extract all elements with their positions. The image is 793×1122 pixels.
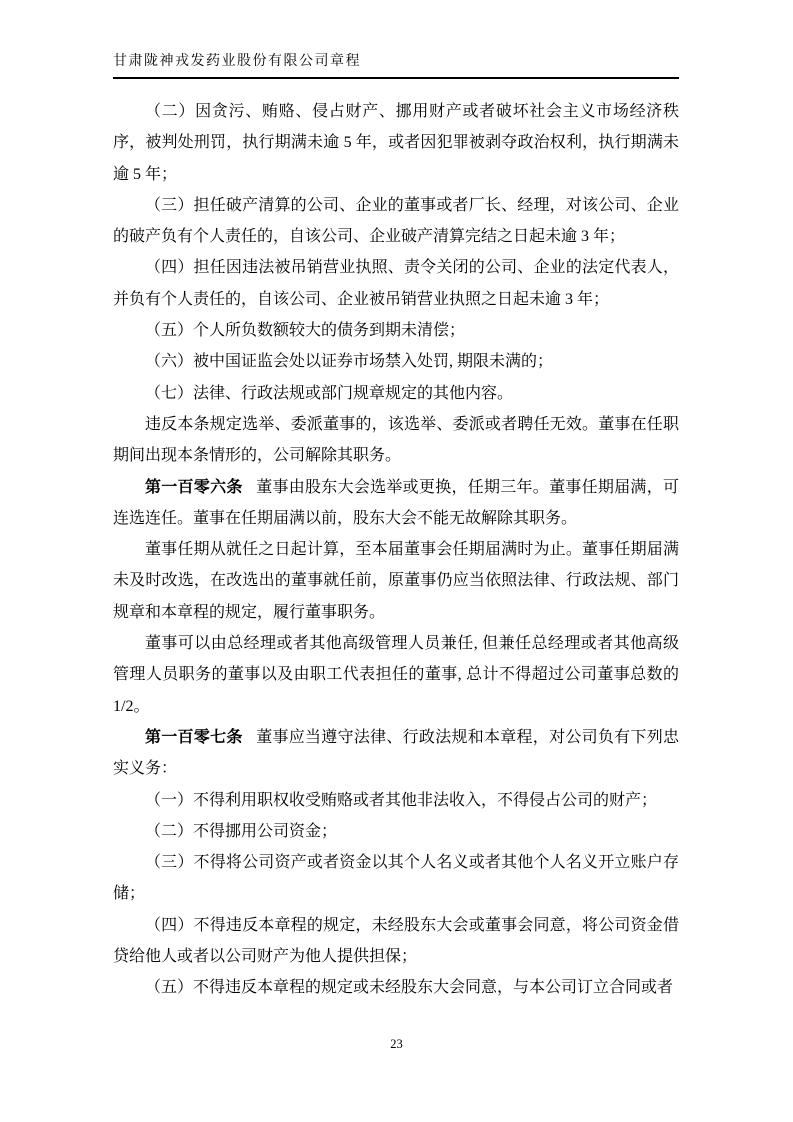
- paragraph-text: （二）因贪污、贿赂、侵占财产、挪用财产或者破坏社会主义市场经济秩序，被判处刑罚，…: [113, 103, 679, 183]
- paragraph: （四）担任因违法被吊销营业执照、责令关闭的公司、企业的法定代表人，并负有个人责任…: [113, 252, 679, 315]
- paragraph: （五）个人所负数额较大的债务到期未清偿；: [113, 315, 679, 346]
- paragraph: 董事任期从就任之日起计算，至本届董事会任期届满时为止。董事任期届满未及时改选，在…: [113, 534, 679, 628]
- paragraph-text: （一）不得利用职权收受贿赂或者其他非法收入，不得侵占公司的财产；: [145, 792, 657, 809]
- paragraph-text: （七）法律、行政法规或部门规章规定的其他内容。: [145, 385, 513, 402]
- paragraph: 第一百零六条董事由股东大会选举或更换，任期三年。董事任期届满，可连选连任。董事在…: [113, 472, 679, 535]
- page-number: 23: [390, 1037, 403, 1051]
- paragraph: （二）因贪污、贿赂、侵占财产、挪用财产或者破坏社会主义市场经济秩序，被判处刑罚，…: [113, 96, 679, 190]
- document-page: 甘肃陇神戎发药业股份有限公司章程 （二）因贪污、贿赂、侵占财产、挪用财产或者破坏…: [0, 0, 793, 1122]
- paragraph: （三）担任破产清算的公司、企业的董事或者厂长、经理，对该公司、企业的破产负有个人…: [113, 190, 679, 253]
- paragraph-text: （四）不得违反本章程的规定，未经股东大会或董事会同意，将公司资金借贷给他人或者以…: [113, 917, 679, 965]
- paragraph: 董事可以由总经理或者其他高级管理人员兼任, 但兼任总经理或者其他高级管理人员职务…: [113, 628, 679, 722]
- document-body: （二）因贪污、贿赂、侵占财产、挪用财产或者破坏社会主义市场经济秩序，被判处刑罚，…: [113, 96, 679, 1004]
- paragraph-text: （三）不得将公司资产或者资金以其个人名义或者其他个人名义开立账户存储；: [113, 854, 679, 902]
- paragraph-text: 违反本条规定选举、委派董事的，该选举、委派或者聘任无效。董事在任职期间出现本条情…: [113, 416, 679, 464]
- page-footer: 23: [0, 1037, 793, 1052]
- page-header: 甘肃陇神戎发药业股份有限公司章程: [113, 50, 679, 79]
- paragraph: 第一百零七条董事应当遵守法律、行政法规和本章程，对公司负有下列忠实义务：: [113, 722, 679, 785]
- paragraph: （五）不得违反本章程的规定或未经股东大会同意，与本公司订立合同或者: [113, 972, 679, 1003]
- paragraph: （一）不得利用职权收受贿赂或者其他非法收入，不得侵占公司的财产；: [113, 785, 679, 816]
- paragraph-text: 董事任期从就任之日起计算，至本届董事会任期届满时为止。董事任期届满未及时改选，在…: [113, 541, 679, 621]
- paragraph-text: 董事可以由总经理或者其他高级管理人员兼任, 但兼任总经理或者其他高级管理人员职务…: [113, 635, 679, 715]
- paragraph-text: （三）担任破产清算的公司、企业的董事或者厂长、经理，对该公司、企业的破产负有个人…: [113, 197, 679, 245]
- article-number: 第一百零六条: [145, 479, 243, 496]
- paragraph-text: （六）被中国证监会处以证券市场禁入处罚, 期限未满的；: [145, 353, 553, 370]
- paragraph: （四）不得违反本章程的规定，未经股东大会或董事会同意，将公司资金借贷给他人或者以…: [113, 910, 679, 973]
- paragraph: （二）不得挪用公司资金；: [113, 816, 679, 847]
- paragraph: （六）被中国证监会处以证券市场禁入处罚, 期限未满的；: [113, 346, 679, 377]
- paragraph: 违反本条规定选举、委派董事的，该选举、委派或者聘任无效。董事在任职期间出现本条情…: [113, 409, 679, 472]
- paragraph: （七）法律、行政法规或部门规章规定的其他内容。: [113, 378, 679, 409]
- paragraph-text: （四）担任因违法被吊销营业执照、责令关闭的公司、企业的法定代表人，并负有个人责任…: [113, 259, 679, 307]
- header-title: 甘肃陇神戎发药业股份有限公司章程: [113, 54, 361, 69]
- paragraph: （三）不得将公司资产或者资金以其个人名义或者其他个人名义开立账户存储；: [113, 847, 679, 910]
- paragraph-text: （五）不得违反本章程的规定或未经股东大会同意，与本公司订立合同或者: [145, 979, 673, 996]
- article-number: 第一百零七条: [145, 729, 243, 746]
- paragraph-text: （五）个人所负数额较大的债务到期未清偿；: [145, 322, 465, 339]
- paragraph-text: （二）不得挪用公司资金；: [145, 823, 337, 840]
